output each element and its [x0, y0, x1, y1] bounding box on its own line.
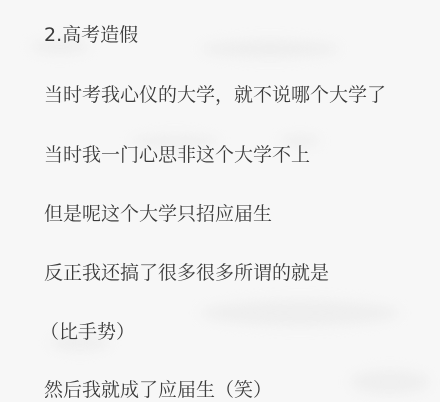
text-line: 当时考我心仪的大学，就不说哪个大学了 [44, 83, 386, 107]
text-line: 当时我一门心思非这个大学不上 [44, 143, 310, 167]
text-line: 反正我还搞了很多很多所谓的就是 [44, 261, 329, 285]
watermark-smudge [200, 300, 400, 326]
section-title: 2.高考造假 [44, 23, 138, 47]
text-line: 但是呢这个大学只招应届生 [44, 202, 272, 226]
text-line: 然后我就成了应届生（笑） [44, 378, 272, 402]
text-line: （比手势） [40, 320, 135, 344]
watermark-smudge [200, 40, 340, 58]
watermark-smudge [350, 370, 430, 394]
